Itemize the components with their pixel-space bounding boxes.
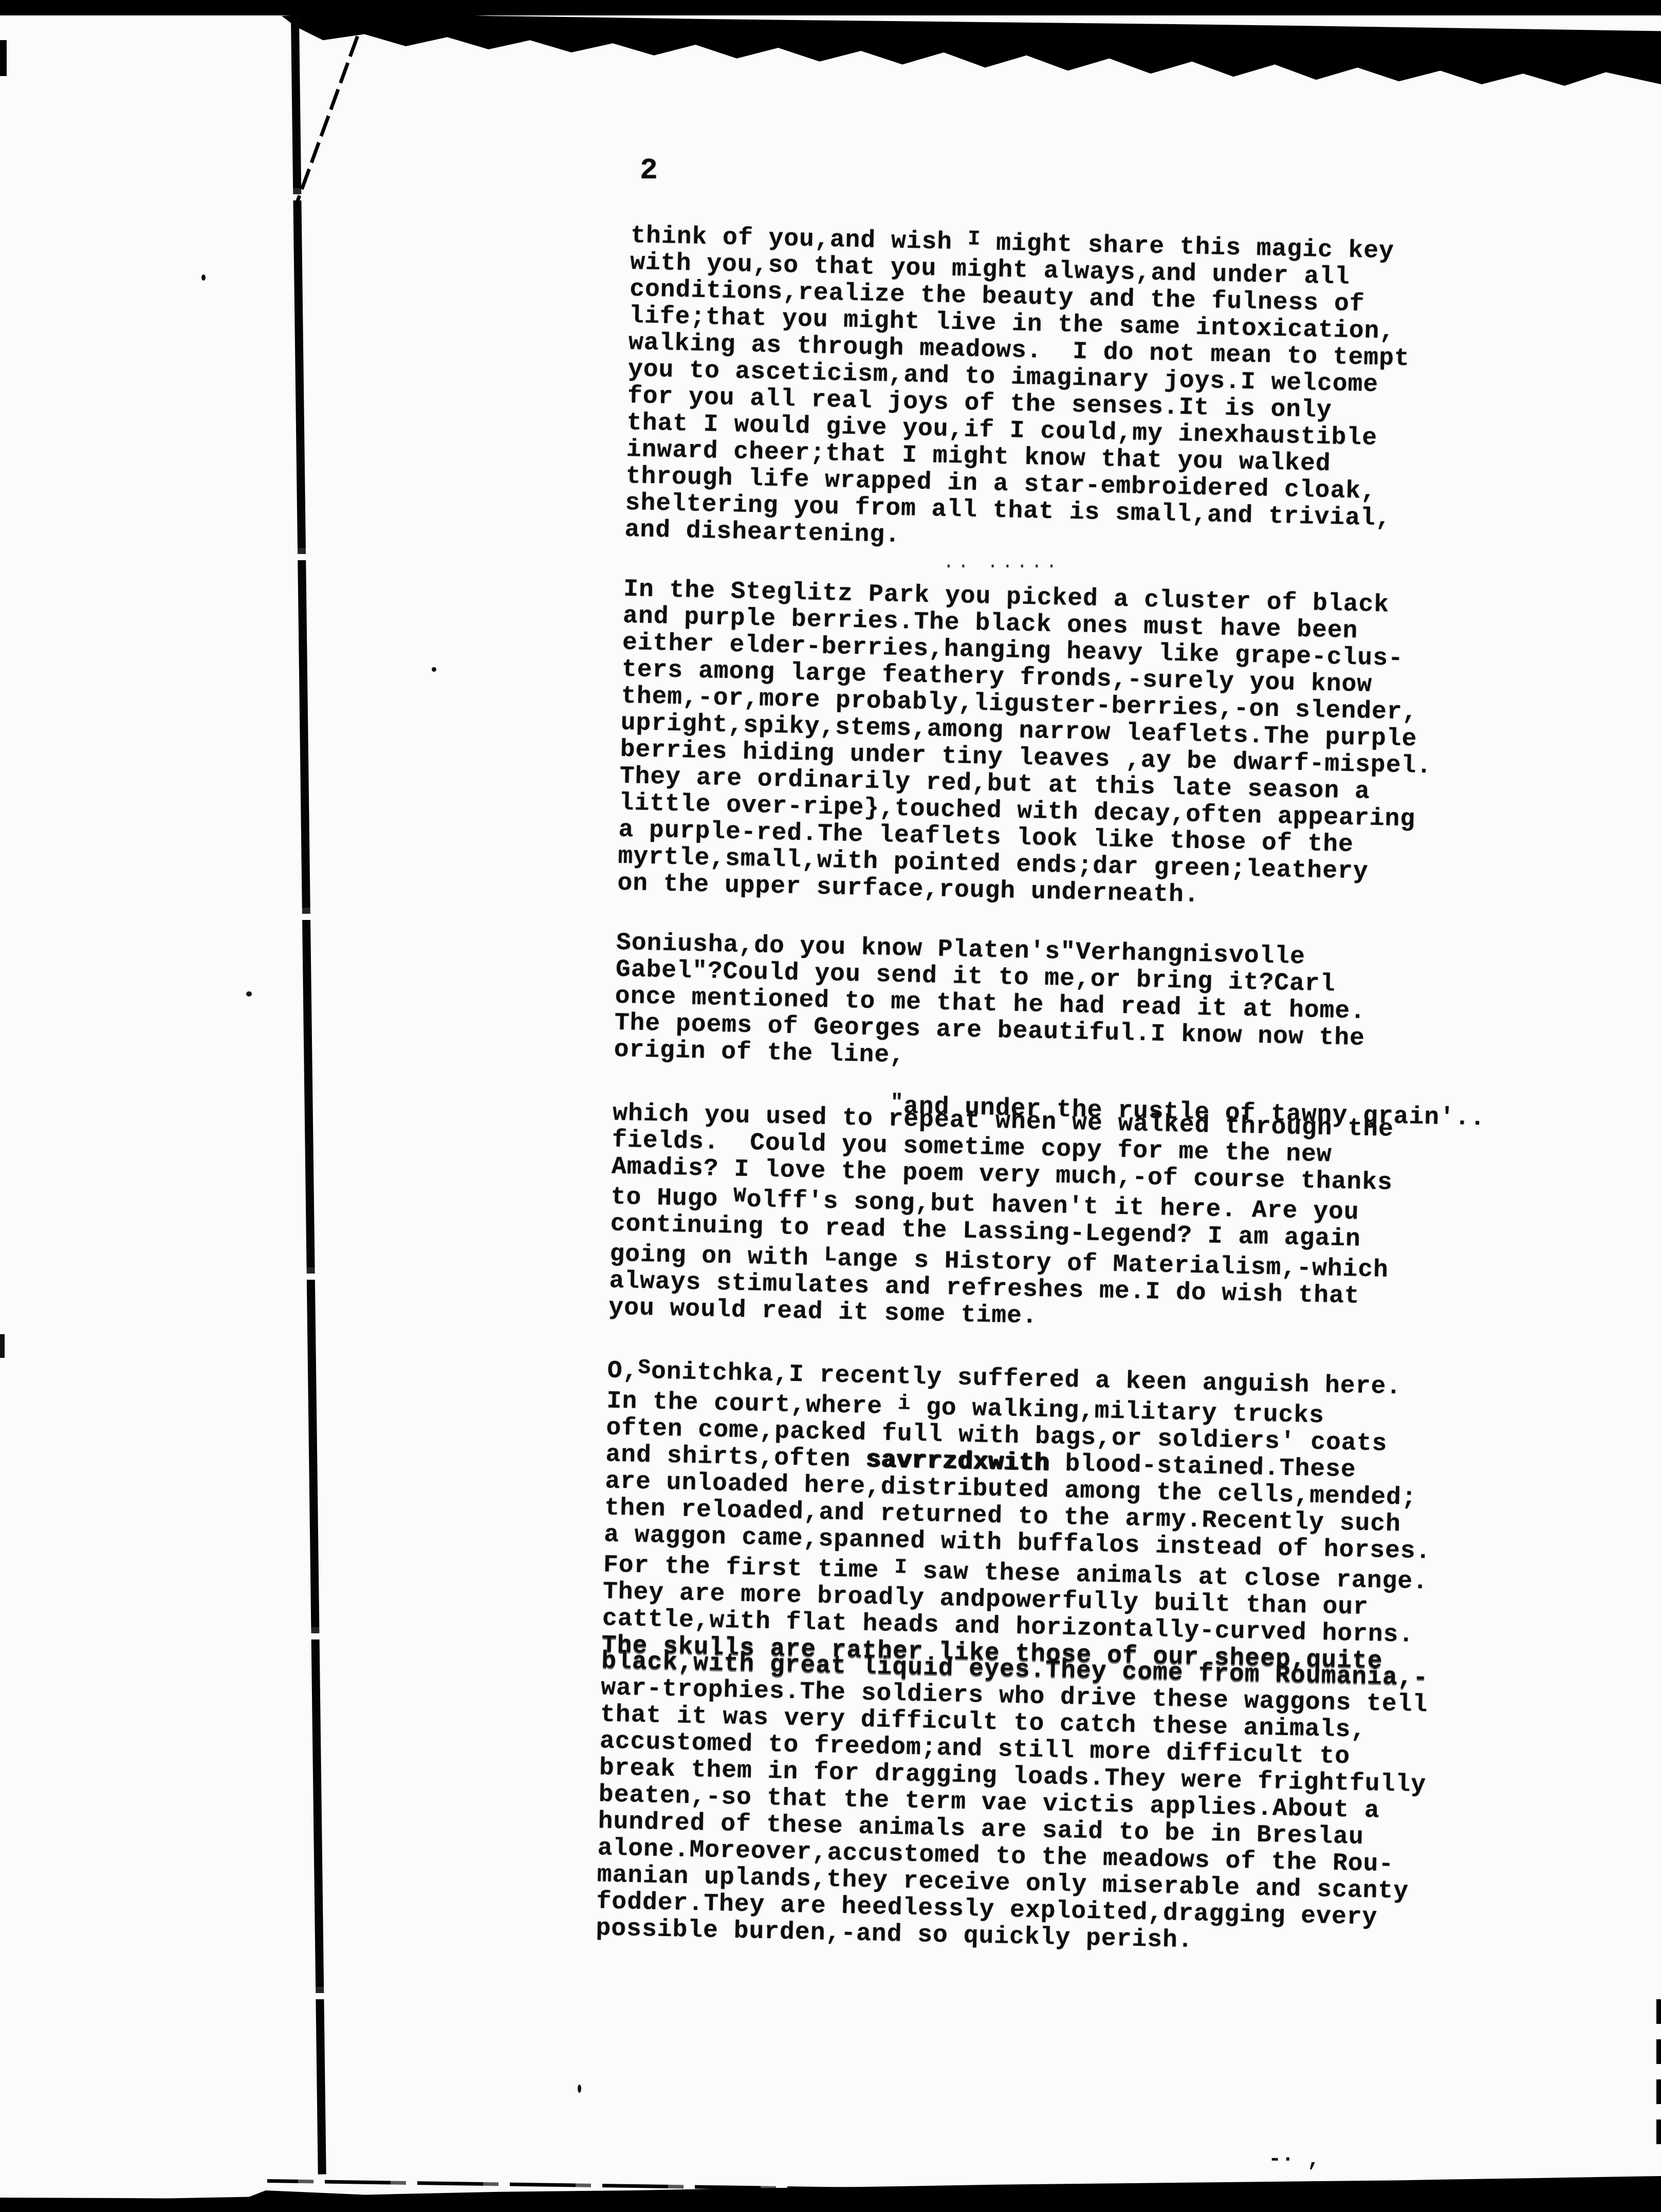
page-top-edge-shadow [282,11,1661,87]
paragraph: Soniusha,do you know Platen's"Verhangnis… [608,930,1536,1340]
ink-speck [201,274,206,281]
ink-speck [432,667,436,672]
ink-mark-bottom: -· , [1268,2147,1320,2172]
ink-specks-row: ·· ····· [943,556,1061,577]
paper-crease-mark [294,35,359,207]
scanner-left-streak [0,1334,5,1358]
raised-character: I [894,1556,908,1580]
paragraph: O,Sonitchka,I recently suffered a keen a… [596,1354,1527,1961]
scanner-top-border [0,0,1661,15]
letter-body: think of you,and wish I might share this… [596,219,1551,1961]
scanner-left-streak [0,40,7,76]
page-number: 2 [640,154,658,188]
paragraph: In the Steglitz Park you picked a cluste… [617,576,1543,916]
scanned-letter-page: 2 think of you,and wish I might share th… [0,0,1661,2212]
raised-character: i [897,1392,911,1416]
scanner-right-streak [1656,1999,1661,2159]
raised-character: L [824,1243,837,1267]
raised-character: S [638,1356,651,1380]
ink-speck [246,991,252,997]
ink-speck [578,2085,581,2093]
scanner-bottom-border [0,2176,1661,2212]
paragraph: think of you,and wish I might share this… [624,219,1551,562]
raised-character: W [733,1185,747,1209]
raised-character: I [968,228,981,252]
page-left-edge-line [291,19,326,2174]
